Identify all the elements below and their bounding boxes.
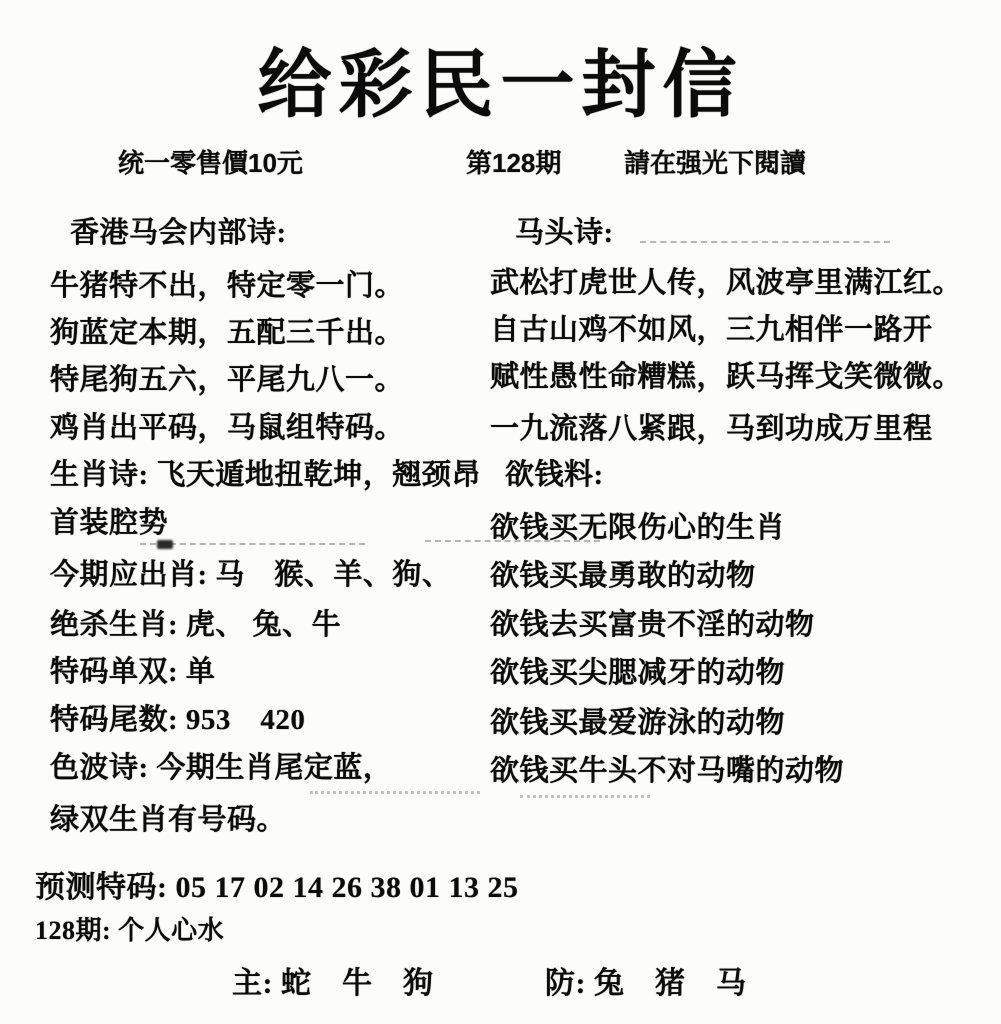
color-poem-line: 色波诗: 今期生肖尾定蓝，: [50, 745, 392, 786]
scan-artifact: [425, 540, 600, 542]
guard-picks: 防: 兔 猪 马: [545, 958, 747, 1002]
price-label: 统一零售價10元: [118, 143, 303, 180]
money-clue-heading: 欲钱料:: [505, 452, 604, 493]
scan-artifact: [310, 791, 480, 794]
horse-poem-heading: 马头诗:: [515, 210, 614, 251]
scan-artifact: [140, 543, 365, 545]
kill-zodiac-line: 绝杀生肖: 虎、 兔、牛: [50, 602, 341, 643]
expected-zodiac-line: 今期应出肖: 马 猴、羊、狗、: [50, 552, 451, 593]
scan-artifact: [520, 795, 650, 798]
prediction-label: 预测特码:: [35, 871, 168, 904]
main-values: 蛇 牛 狗: [281, 967, 434, 1000]
personal-issue-value: 个人心水: [118, 916, 224, 945]
prediction-numbers: 05 17 02 14 26 38 01 13 25: [176, 871, 519, 904]
main-label: 主:: [232, 967, 273, 1000]
odd-even-line: 特码单双: 单: [50, 649, 215, 690]
hk-poem-line: 牛猪特不出，特定零一门。: [50, 263, 404, 304]
hk-poem-line: 特尾狗五六，平尾九八一。: [50, 357, 404, 398]
prediction-line: 预测特码: 05 17 02 14 26 38 01 13 25: [35, 862, 519, 906]
personal-line: 128期: 个人心水: [35, 910, 224, 947]
money-clue-line: 欲钱买尖腮减牙的动物: [490, 650, 785, 691]
money-clue-line: 欲钱买牛头不对马嘴的动物: [490, 748, 844, 789]
reading-notice: 請在强光下閱讀: [624, 143, 806, 180]
horse-poem-line: 一九流落八紧跟，马到功成万里程: [490, 406, 933, 447]
tail-numbers-line: 特码尾数: 953 420: [50, 697, 305, 738]
main-picks: 主: 蛇 牛 狗: [232, 958, 434, 1002]
money-clue-line: 欲钱买最爱游泳的动物: [490, 700, 785, 741]
hk-poem-heading: 香港马会内部诗:: [70, 210, 287, 251]
scan-artifact: [157, 540, 173, 549]
document-page: 给彩民一封信 统一零售價10元 第128期 請在强光下閱讀 香港马会内部诗: 牛…: [0, 0, 1001, 1024]
money-clue-line: 欲钱买最勇敢的动物: [490, 553, 756, 594]
hk-poem-line: 鸡肖出平码，马鼠组特码。: [50, 405, 404, 446]
personal-issue-label: 128期:: [35, 916, 111, 945]
hk-poem-line: 狗蓝定本期，五配三千出。: [50, 310, 404, 351]
page-title: 给彩民一封信: [0, 26, 1001, 132]
horse-poem-line: 武松打虎世人传，风波亭里满江红。: [490, 260, 962, 301]
zodiac-poem-cont: 首装腔势: [50, 500, 168, 541]
horse-poem-line: 赋性愚性命糟糕，跃马挥戈笑微微。: [490, 354, 962, 395]
issue-number: 第128期: [466, 143, 561, 180]
color-poem-cont: 绿双生肖有号码。: [50, 797, 286, 838]
horse-poem-line: 自古山鸡不如风，三九相伴一路开: [490, 307, 933, 348]
guard-label: 防:: [545, 967, 586, 1000]
scan-artifact: [640, 241, 890, 243]
money-clue-line: 欲钱去买富贵不淫的动物: [490, 602, 815, 643]
zodiac-poem-line: 生肖诗: 飞天遁地扭乾坤，翘颈昂: [50, 452, 481, 493]
guard-values: 兔 猪 马: [594, 967, 747, 1000]
